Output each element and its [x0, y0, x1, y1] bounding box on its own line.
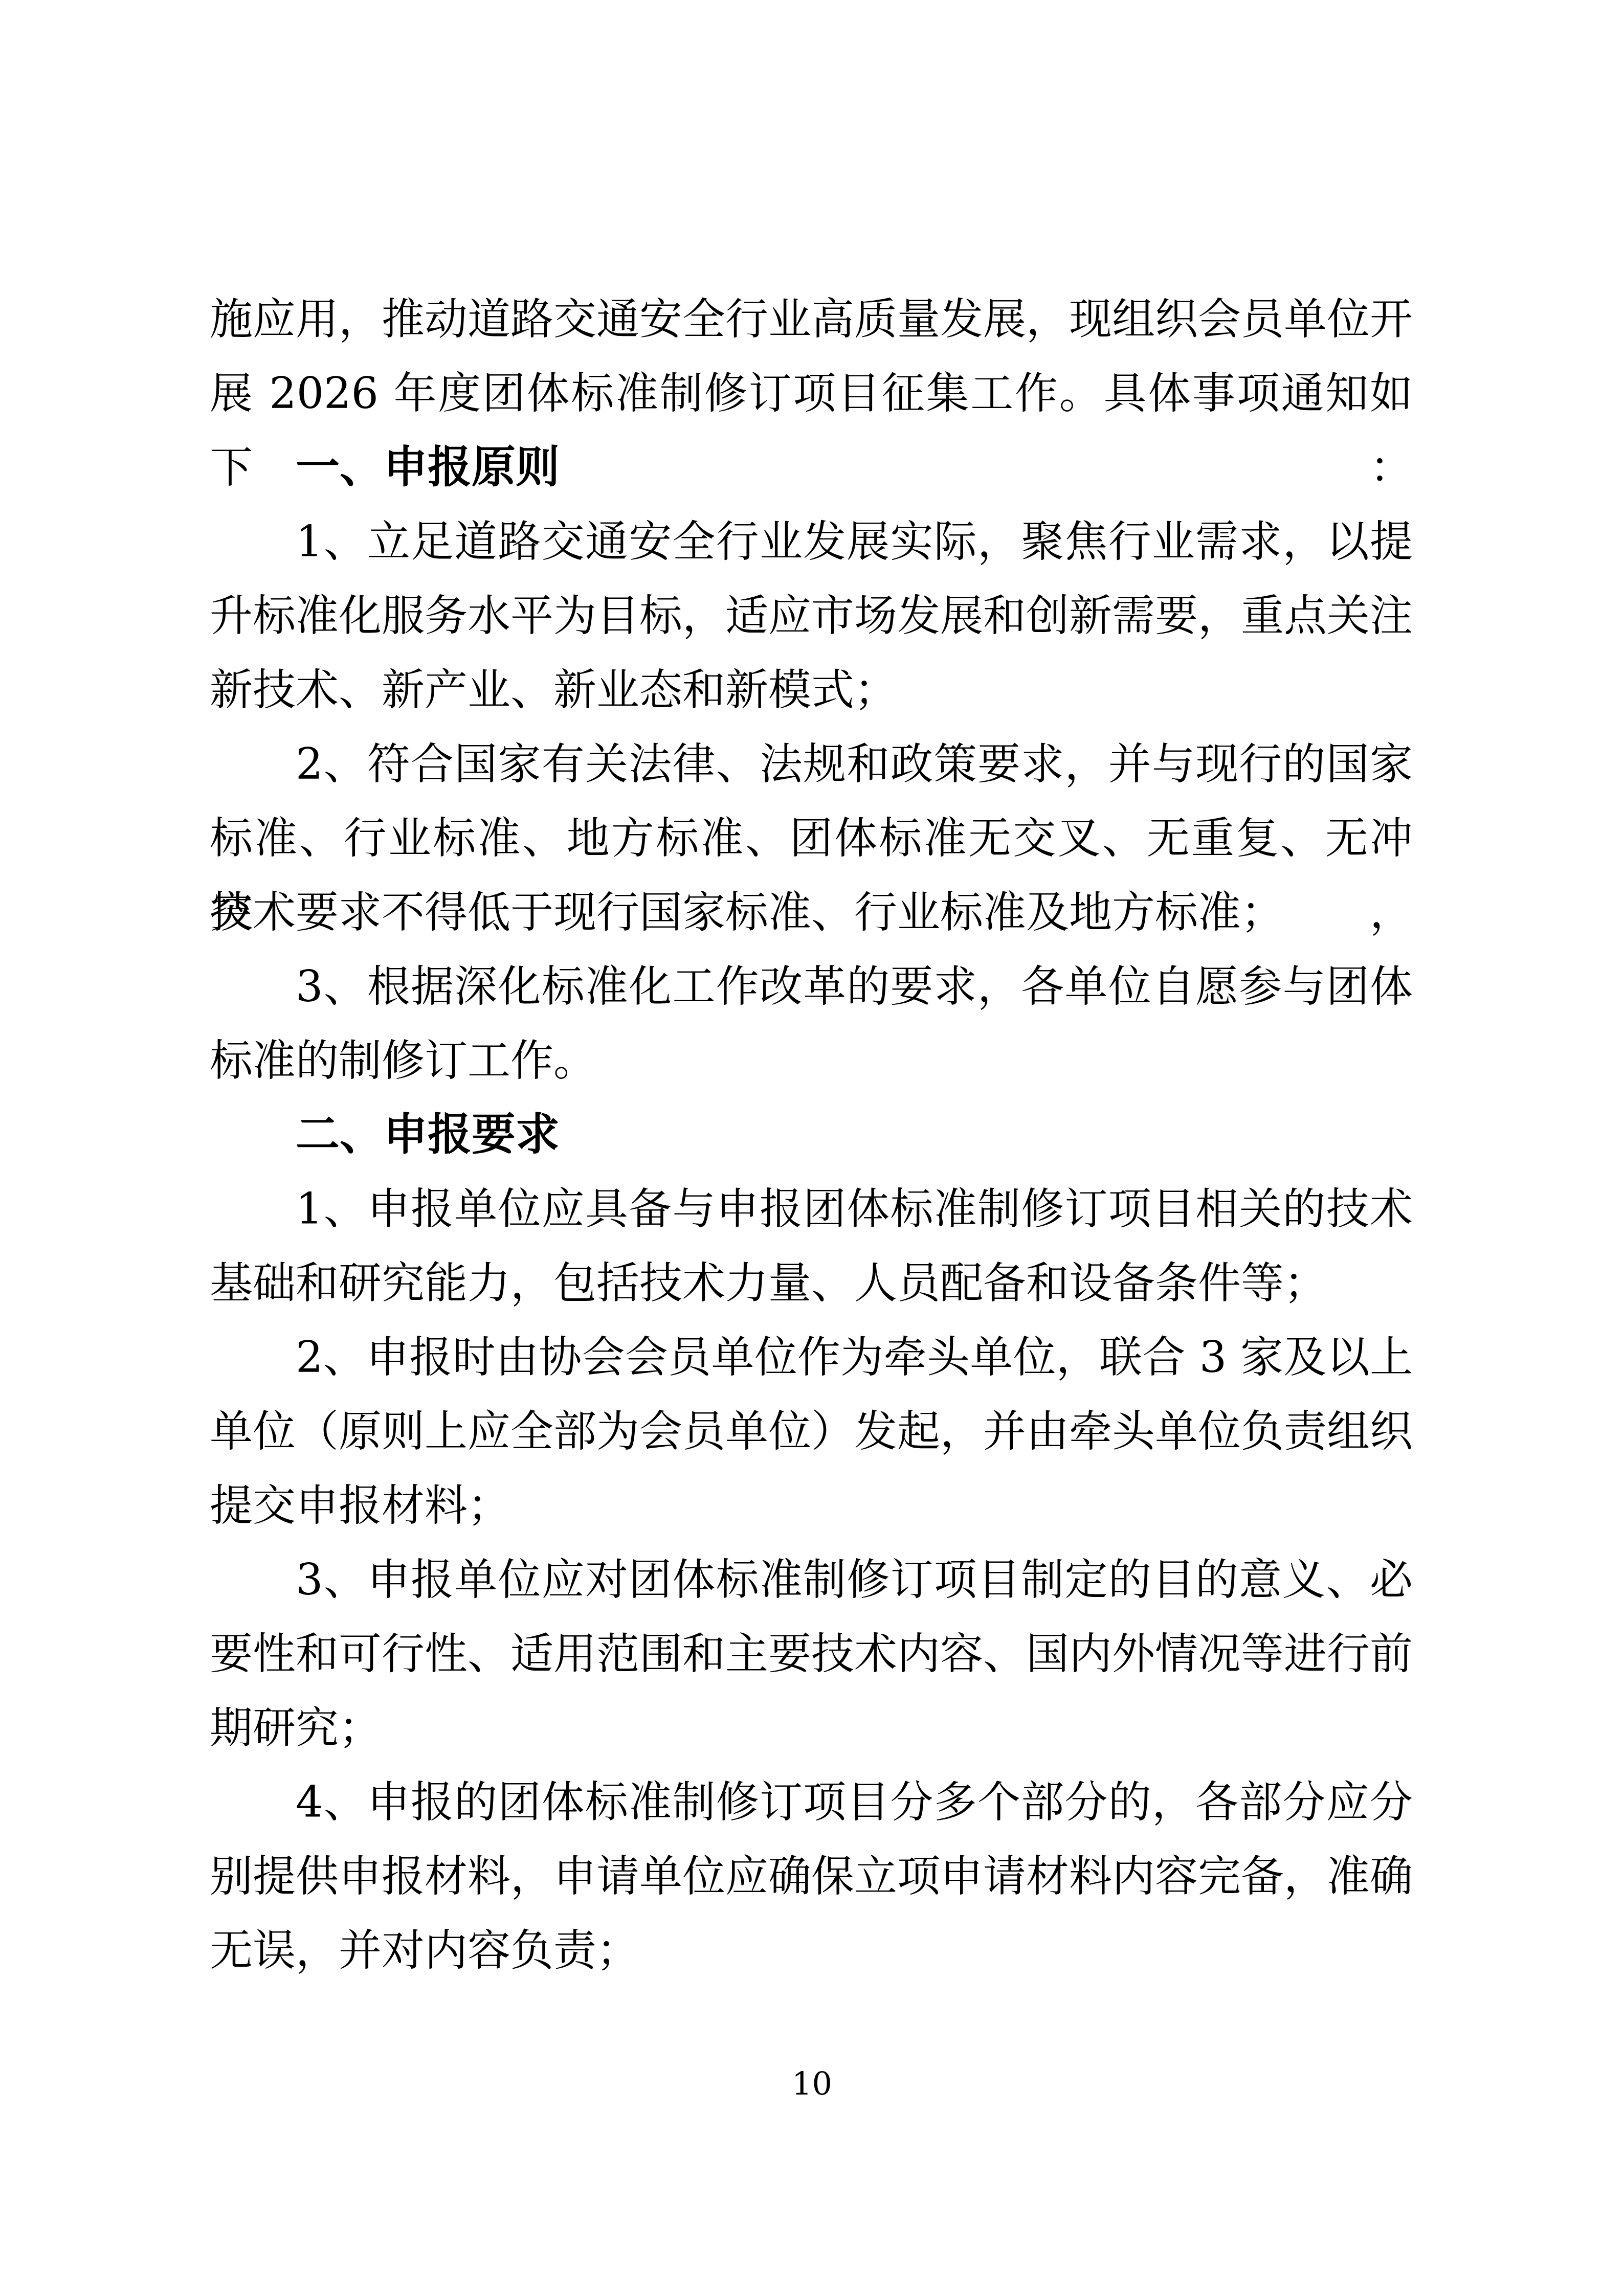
- text-line: 技术要求不得低于现行国家标准、行业标准及地方标准；: [210, 875, 1413, 950]
- text-block: 施应用，推动道路交通安全行业高质量发展，现组织会员单位开 展 2026 年度团体…: [210, 282, 1413, 1988]
- text-line: 4、申报的团体标准制修订项目分多个部分的，各部分应分: [210, 1765, 1413, 1839]
- document-page: 施应用，推动道路交通安全行业高质量发展，现组织会员单位开 展 2026 年度团体…: [0, 0, 1624, 2296]
- text-line: 升标准化服务水平为目标，适应市场发展和创新需要，重点关注: [210, 579, 1413, 653]
- text-line: 标准、行业标准、地方标准、团体标准无交叉、无重复、无冲突，: [210, 801, 1413, 875]
- text-line: 新技术、新产业、新业态和新模式；: [210, 653, 1413, 727]
- text-line: 单位（原则上应全部为会员单位）发起，并由牵头单位负责组织: [210, 1394, 1413, 1469]
- section-heading: 二、申报要求: [210, 1098, 1413, 1172]
- text-line: 3、申报单位应对团体标准制修订项目制定的目的意义、必: [210, 1543, 1413, 1617]
- text-line: 标准的制修订工作。: [210, 1024, 1413, 1098]
- text-line: 提交申报材料；: [210, 1469, 1413, 1543]
- text-line: 无误，并对内容负责；: [210, 1914, 1413, 1988]
- text-line: 要性和可行性、适用范围和主要技术内容、国内外情况等进行前: [210, 1617, 1413, 1691]
- text-line: 1、立足道路交通安全行业发展实际，聚焦行业需求，以提: [210, 505, 1413, 579]
- text-line: 施应用，推动道路交通安全行业高质量发展，现组织会员单位开: [210, 282, 1413, 356]
- text-line: 3、根据深化标准化工作改革的要求，各单位自愿参与团体: [210, 950, 1413, 1024]
- text-line: 1、申报单位应具备与申报团体标准制修订项目相关的技术: [210, 1172, 1413, 1246]
- text-line: 期研究；: [210, 1691, 1413, 1765]
- page-number: 10: [0, 2062, 1624, 2106]
- text-line: 展 2026 年度团体标准制修订项目征集工作。具体事项通知如下：: [210, 356, 1413, 431]
- text-line: 2、符合国家有关法律、法规和政策要求，并与现行的国家: [210, 727, 1413, 801]
- text-line: 2、申报时由协会会员单位作为牵头单位，联合 3 家及以上: [210, 1320, 1413, 1394]
- text-line: 别提供申报材料，申请单位应确保立项申请材料内容完备，准确: [210, 1839, 1413, 1914]
- text-line: 基础和研究能力，包括技术力量、人员配备和设备条件等；: [210, 1246, 1413, 1320]
